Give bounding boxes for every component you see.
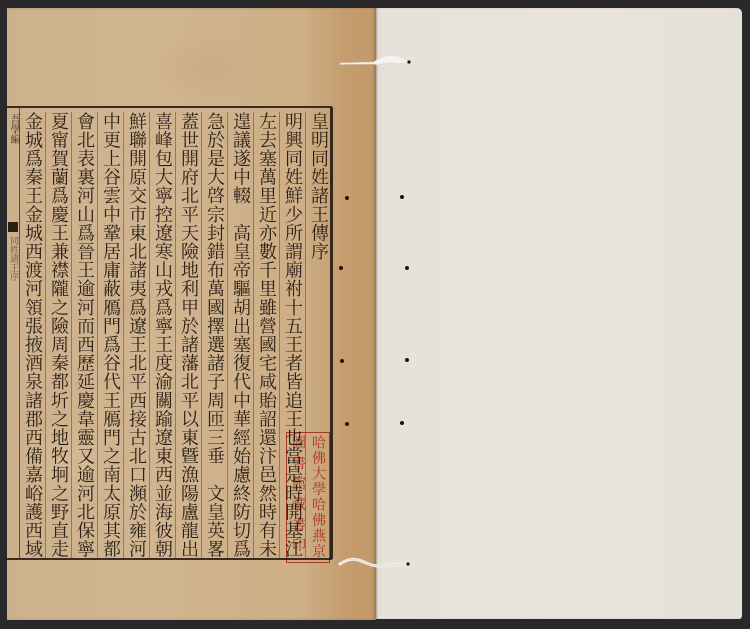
text-column-7: 鮮聯開原交市東北諸夷爲遼王北平西接古北口瀕於雍河 — [123, 112, 149, 558]
text-column-10: 夏甯賀蘭爲慶王兼襟隴之險周秦都圻之地牧坰之野直走 — [45, 112, 71, 558]
binding-hole-icon — [400, 195, 404, 199]
right-page-blank — [376, 8, 742, 619]
binding-hole-icon — [345, 196, 349, 200]
seal-line-1: 哈佛大學哈佛燕京 — [308, 435, 328, 560]
text-column-11: 金城爲秦王金城西渡河領張掖酒泉諸郡西備嘉峪護西域 — [19, 112, 45, 558]
binding-hole-icon — [405, 266, 409, 270]
text-column-9: 會北表裏河山爲晉王逾河而西歷延慶韋靈又逾河北保寧 — [71, 112, 97, 558]
scanned-book-spread: 吾學編 同姓諸王序 皇明同姓諸王傳序 明興同姓鮮少所謂廟祔十五王者皆追王也當是時… — [0, 0, 750, 629]
text-column-8: 中更上谷雲中鞏居庸蔽鴈門爲谷代王鴈門之南太原其都 — [97, 112, 123, 558]
text-column-6: 喜峰包大寧控遼寒山戎爲寧王度渝關踰遼東西並海彼朝 — [149, 112, 175, 558]
frame-bottom-border — [7, 558, 332, 560]
text-column-3: 遑議遂中輟 高皇帝驅胡出塞復代中華經始慮終防切爲 — [227, 112, 253, 558]
banxin-label: 同姓諸王序 — [7, 236, 19, 281]
binding-hole-icon — [340, 359, 344, 363]
binding-hole-icon — [400, 421, 404, 425]
frame-top-border — [7, 106, 332, 108]
fishtail-mark-icon — [8, 222, 18, 232]
text-column-5: 蓋世開府北平天險地利甲於諸藩北平以東曁漁陽盧龍出 — [175, 112, 201, 558]
banxin-title: 吾學編 — [7, 114, 19, 144]
text-column-2: 左去塞萬里近亦數千里雖營國宅咸貽詔還汴邑然時有未 — [253, 112, 279, 558]
seal-line-2: 圖書館藏書印 — [288, 435, 308, 560]
binding-hole-icon — [405, 358, 409, 362]
binding-hole-icon — [339, 266, 343, 270]
text-column-4: 急於是大啓宗封錯布萬國擇選諸子周匝三垂 文皇英畧 — [201, 112, 227, 558]
library-seal-stamp: 哈佛大學哈佛燕京 圖書館藏書印 — [286, 432, 330, 563]
binding-hole-icon — [345, 422, 349, 426]
